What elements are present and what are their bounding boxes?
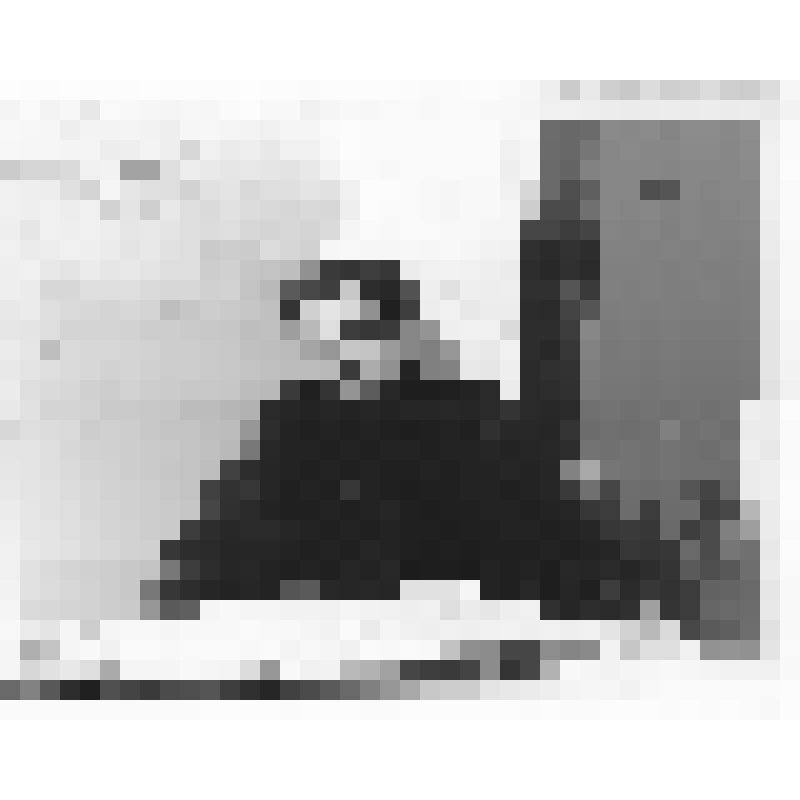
pixelated-photo-canvas (0, 0, 800, 800)
screenshot-root (0, 0, 800, 800)
